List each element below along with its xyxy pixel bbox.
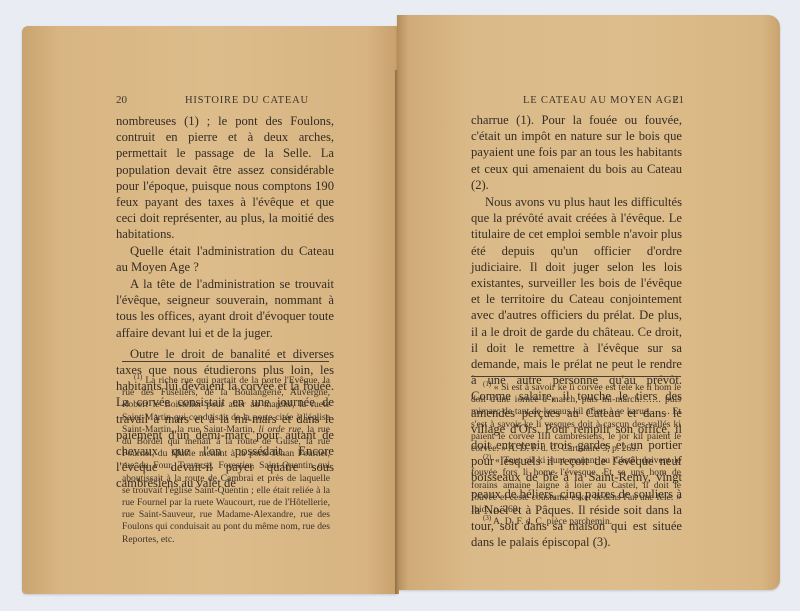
footnote: (1) La riche rue qui partait de la porte… [122, 375, 330, 546]
paragraph: A la tête de l'administration se trouvai… [116, 276, 334, 341]
left-page-number: 20 [116, 94, 127, 106]
footnote-divider [471, 376, 681, 377]
footnote: (3) A. D. F. d. C. pièce parchemin. [471, 516, 681, 528]
right-footnotes: (1) « Si est à savoir ke li corvée est t… [471, 382, 681, 528]
footnote: (2) « Tout cil ki sunt manant au Castel … [471, 455, 681, 516]
footnote-mark: (2) [483, 453, 491, 461]
footnote-divider [122, 361, 329, 362]
right-running-head: LE CATEAU AU MOYEN AGE [523, 95, 679, 106]
left-running-head: HISTOIRE DU CATEAU [185, 95, 309, 106]
paragraph: nombreuses (1) ; le pont des Foulons, co… [116, 113, 334, 243]
footnote-mark: (1) [134, 373, 142, 381]
paragraph: Quelle était l'administration du Cateau … [116, 243, 334, 275]
footnote-mark: (3) [483, 514, 491, 522]
footnote: (1) « Si est à savoir ke li corvée est t… [471, 382, 681, 455]
paragraph: charrue (1). Pour la fouée ou fouvée, c'… [471, 112, 682, 193]
book-gutter [395, 70, 399, 594]
footnote-mark: (1) [483, 380, 491, 388]
left-footnotes: (1) La riche rue qui partait de la porte… [122, 375, 330, 546]
right-page-number: 21 [673, 94, 684, 106]
